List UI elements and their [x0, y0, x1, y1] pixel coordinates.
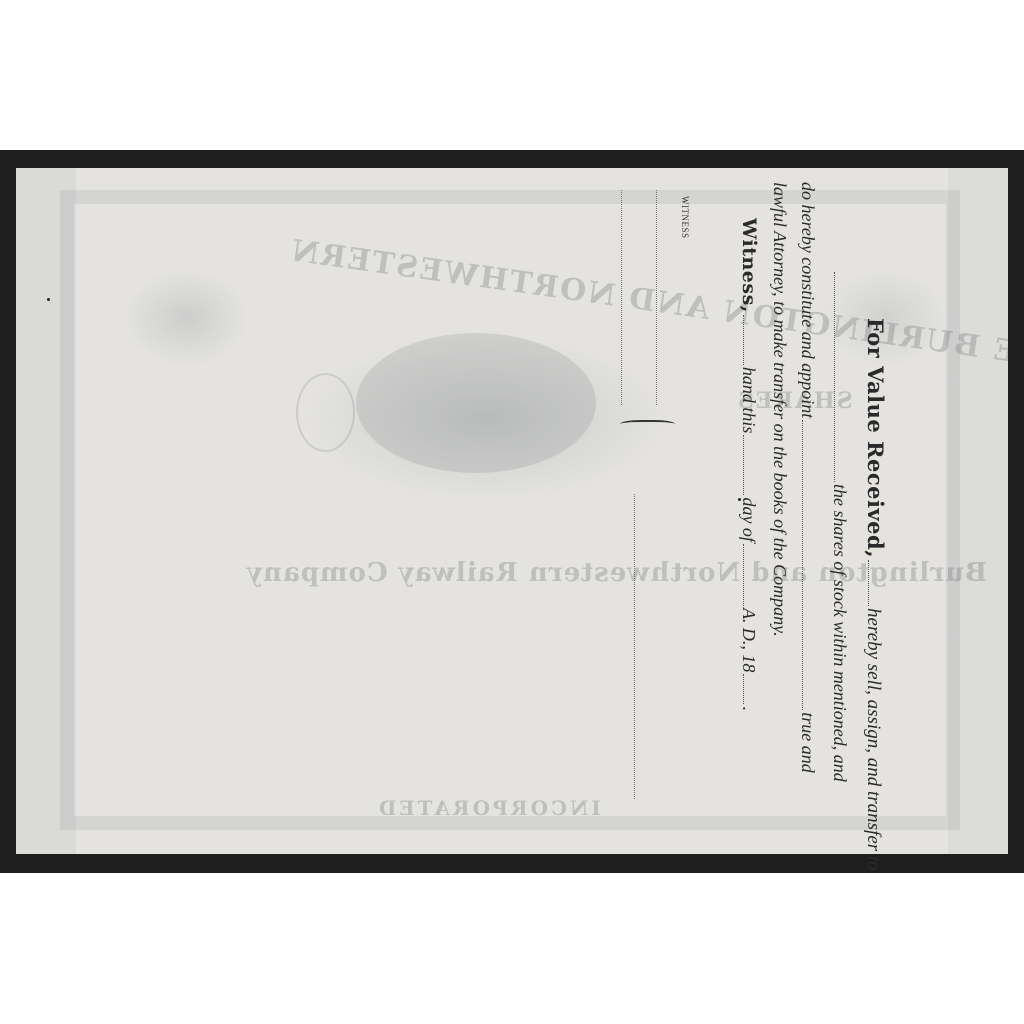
sell-assign-text: hereby sell, assign, and transfer to [863, 608, 884, 871]
ink-dot [738, 498, 741, 501]
witness-line: Witness,hand thisday ofA. D., 18. [738, 218, 760, 711]
true-and-text: true and [798, 712, 818, 773]
lawful-attorney-text: lawful Attorney, to make transfer on the… [770, 182, 790, 637]
bleed-through-seal [296, 373, 355, 452]
assignment-line-4: lawful Attorney, to make transfer on the… [769, 182, 790, 637]
month-blank[interactable] [743, 544, 744, 606]
period-text: . [739, 706, 759, 711]
witness-label: WITNESS [680, 196, 690, 239]
for-value-received-heading: For Value Received, [863, 318, 888, 558]
day-blank[interactable] [743, 435, 744, 495]
signature-flourish [620, 420, 675, 430]
bleed-through-bottom: INCORPORATED [376, 796, 601, 820]
assignment-line-2: the shares of stock within mentioned, an… [829, 270, 850, 782]
shares-text: the shares of stock within mentioned, an… [830, 484, 850, 782]
bleed-through-vignette [356, 333, 596, 473]
attorney-blank[interactable] [802, 420, 803, 710]
signature-line-right[interactable] [656, 190, 657, 405]
constitute-text: do hereby constitute and appoint [798, 182, 818, 418]
year-blank[interactable] [743, 674, 744, 704]
witness-heading: Witness, [738, 218, 760, 313]
signature-line-left[interactable] [621, 190, 622, 405]
hand-this-text: hand this [739, 367, 759, 434]
day-of-text: day of [739, 497, 759, 542]
ad-text: A. D., 18 [739, 608, 759, 673]
assignor-blank[interactable] [868, 560, 869, 606]
assignment-line-1: For Value Received,hereby sell, assign, … [862, 318, 888, 871]
witness-signature-line[interactable] [634, 494, 635, 799]
certificate-paper: THE BURLINGTON AND NORTHWESTERN Burlingt… [16, 168, 1008, 854]
witness-name-blank[interactable] [743, 315, 744, 365]
assignment-line-3: do hereby constitute and appointtrue and [797, 182, 818, 773]
shares-blank[interactable] [834, 272, 835, 482]
paper-speck [47, 298, 50, 301]
